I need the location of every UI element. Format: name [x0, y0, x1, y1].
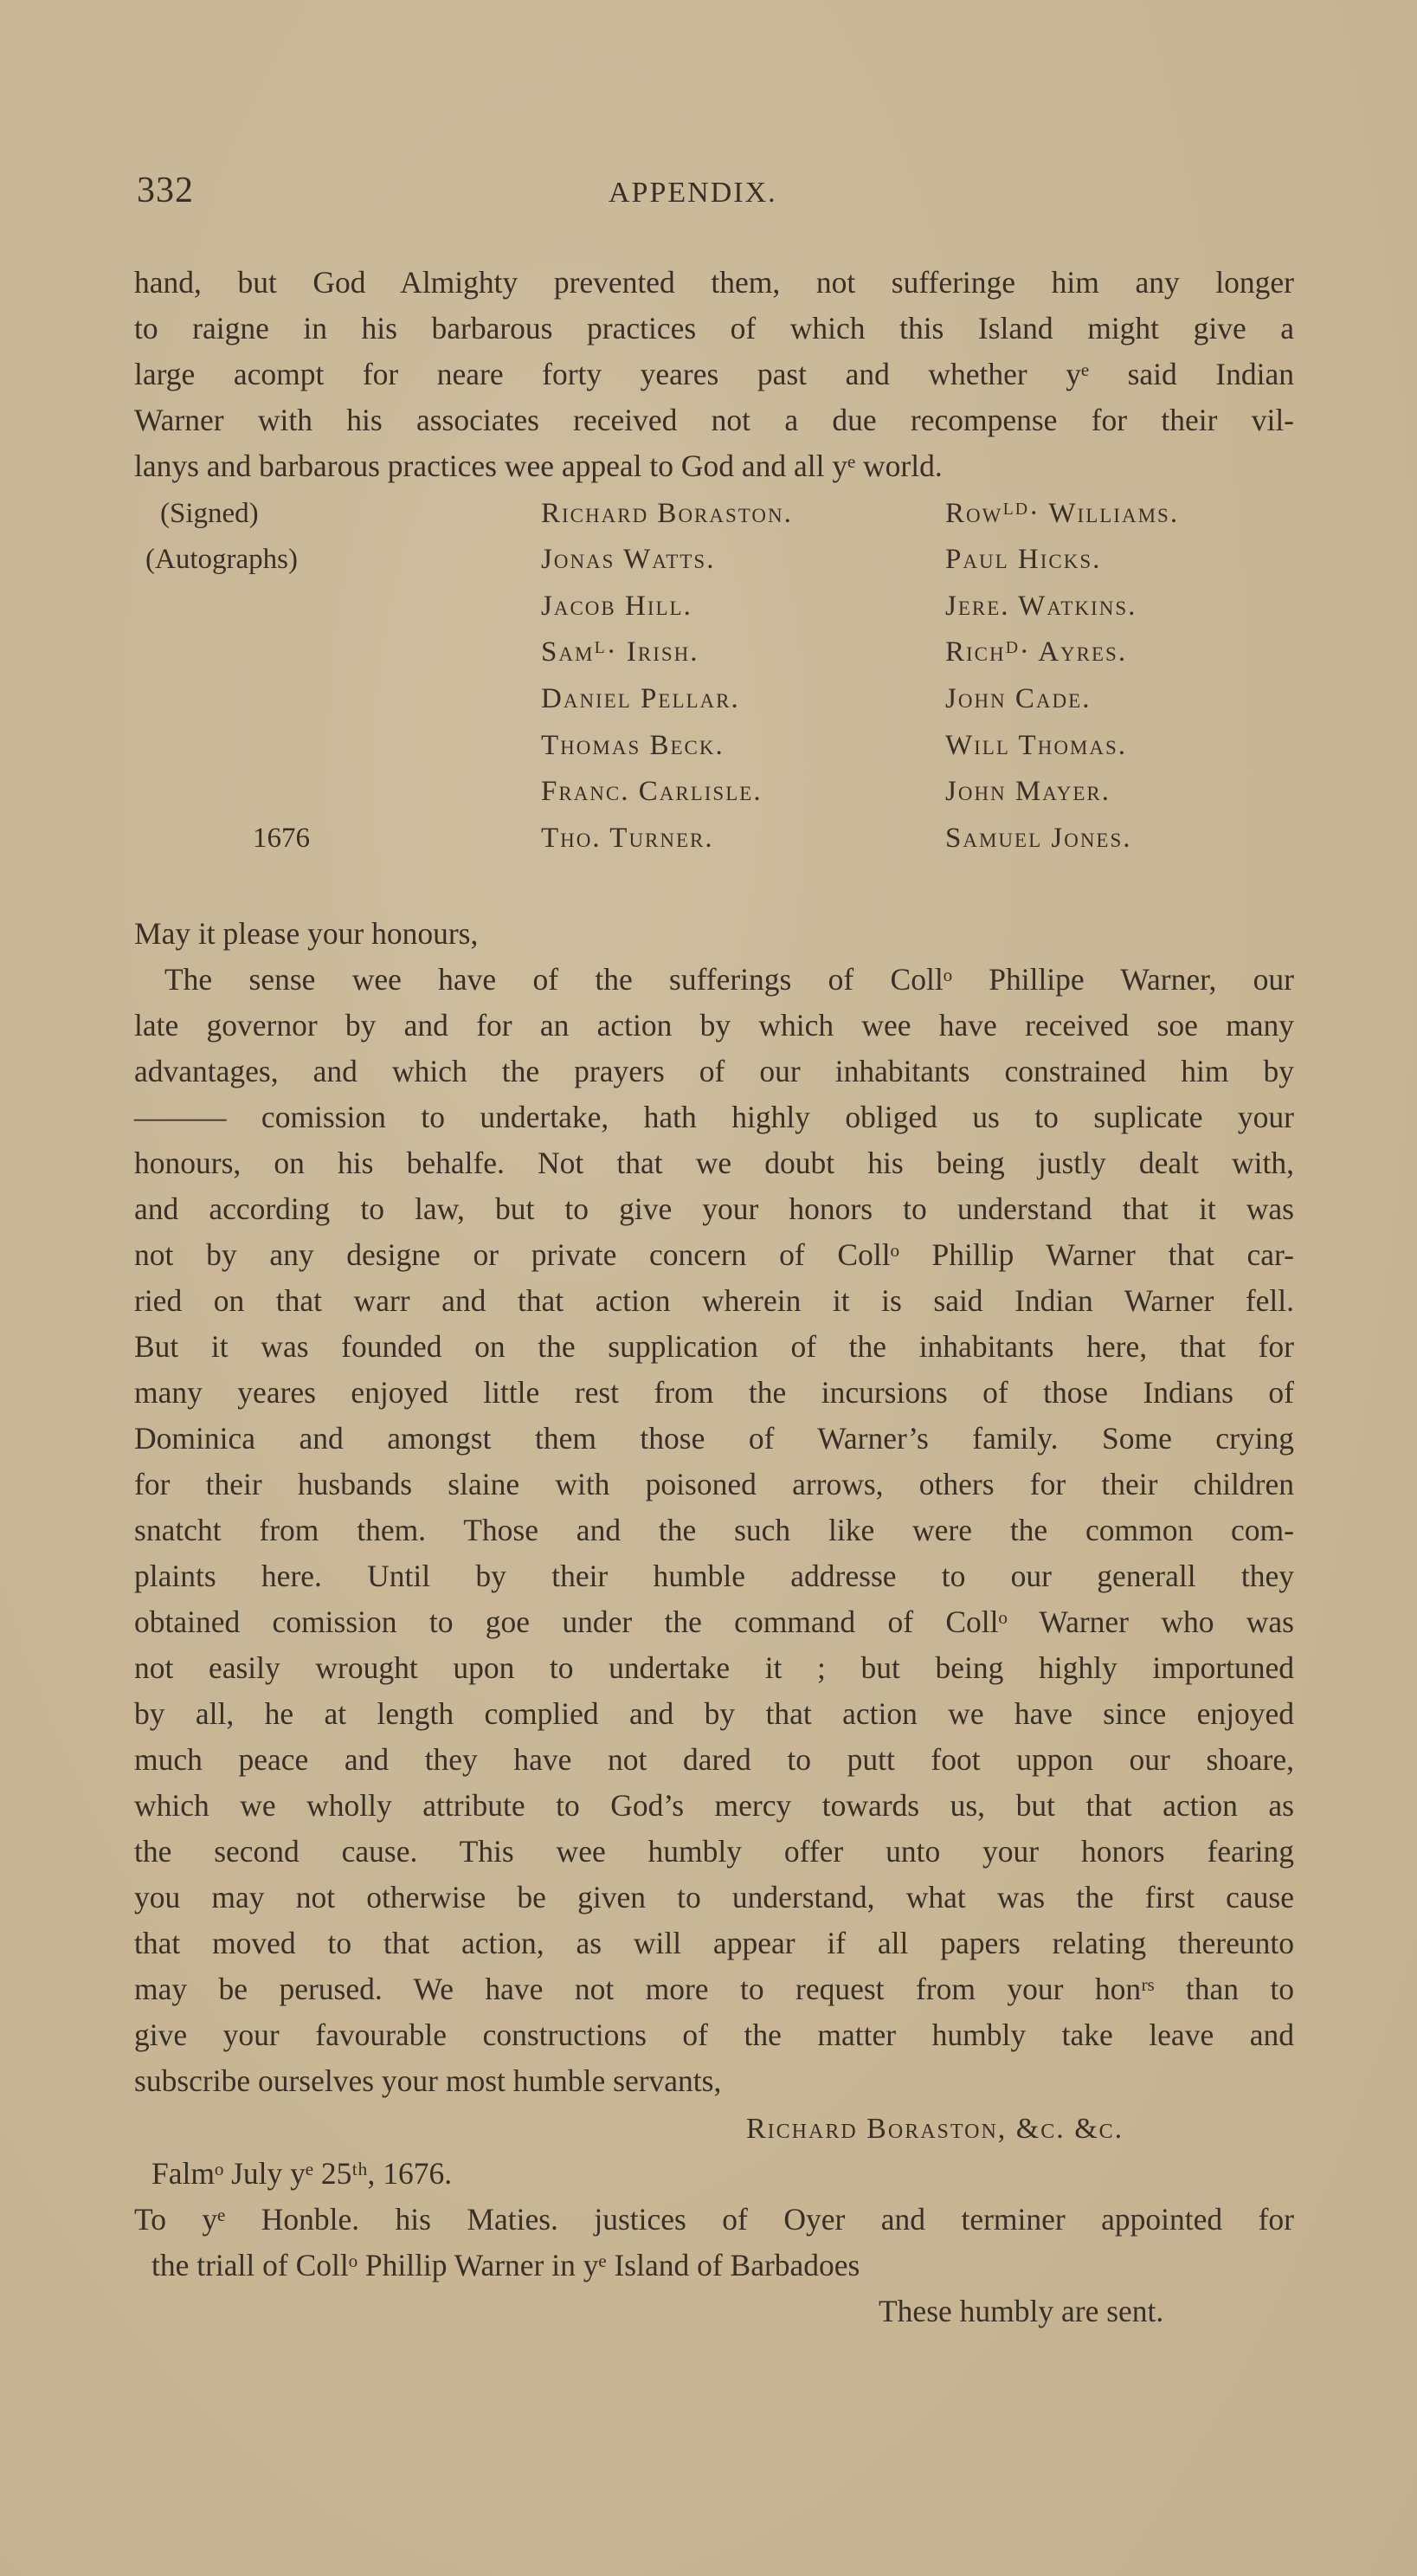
running-head: APPENDIX.: [609, 177, 777, 210]
signoff-text: Richard Boraston, &c. &c.: [746, 2113, 1124, 2145]
signatory-name: Samuel Jones.: [945, 823, 1132, 854]
text-line: subscribe ourselves your most humble ser…: [134, 2058, 1294, 2104]
signatory-name: Jonas Watts.: [541, 544, 715, 575]
text-line: that moved to that action, as will appea…: [134, 1921, 1294, 1966]
text-line: which we wholly attribute to God’s mercy…: [134, 1783, 1294, 1829]
text-line: you may not otherwise be given to unders…: [134, 1875, 1294, 1921]
text-line: The sense wee have of the sufferings of …: [134, 957, 1294, 1003]
letter-closing: These humbly are sent.: [879, 2289, 1163, 2334]
text-line: late governor by and for an action by wh…: [134, 1003, 1294, 1049]
text-line: give your favourable constructions of th…: [134, 2012, 1294, 2058]
address-line: To yᵉ Honble. his Maties. justices of Oy…: [134, 2197, 1294, 2243]
text-line: much peace and they have not dared to pu…: [134, 1737, 1294, 1783]
text-line: ——— comission to undertake, hath highly …: [134, 1094, 1294, 1140]
signature-year: 1676: [253, 816, 310, 862]
text-line: snatcht from them. Those and the such li…: [134, 1508, 1294, 1553]
text-line: not by any designe or private concern of…: [134, 1232, 1294, 1278]
signed-label: (Signed): [160, 491, 259, 538]
text-line: But it was founded on the supplication o…: [134, 1324, 1294, 1370]
signatory-name: Tho. Turner.: [541, 823, 714, 854]
signatory-name: Richard Boraston.: [541, 498, 793, 529]
letter-salutation: May it please your honours,: [134, 911, 1294, 957]
signatory-name: Richᴰ· Ayres.: [945, 636, 1127, 668]
signatory-name: Rowᴸᴰ· Williams.: [945, 498, 1179, 529]
text-line: advantages, and which the prayers of our…: [134, 1049, 1294, 1094]
text-line: to raigne in his barbarous practices of …: [134, 306, 1294, 352]
page-number: 332: [137, 170, 194, 211]
text-line: Dominica and amongst them those of Warne…: [134, 1416, 1294, 1462]
text-line: lanys and barbarous practices wee appeal…: [134, 443, 1294, 489]
signatory-name: Thomas Beck.: [541, 730, 725, 761]
letter-dateline: Falmᵒ July yᵉ 25ᵗʰ, 1676.: [151, 2151, 452, 2197]
signatory-name: Franc. Carlisle.: [541, 776, 763, 807]
text-line: may be perused. We have not more to requ…: [134, 1966, 1294, 2012]
signatory-name: John Mayer.: [945, 776, 1111, 807]
text-line: many yeares enjoyed little rest from the…: [134, 1370, 1294, 1416]
signatory-name: Daniel Pellar.: [541, 683, 740, 714]
text-line: ried on that warr and that action wherei…: [134, 1278, 1294, 1324]
autographs-label: (Autographs): [145, 537, 298, 584]
address-line: the triall of Collᵒ Phillip Warner in yᵉ…: [151, 2243, 860, 2289]
text-line: and according to law, but to give your h…: [134, 1186, 1294, 1232]
text-line: hand, but God Almighty prevented them, n…: [134, 260, 1294, 306]
text-line: the second cause. This wee humbly offer …: [134, 1829, 1294, 1875]
text-line: for their husbands slaine with poisoned …: [134, 1462, 1294, 1508]
signatory-name: Jere. Watkins.: [945, 591, 1137, 622]
text-line: honours, on his behalfe. Not that we dou…: [134, 1140, 1294, 1186]
signatory-name: Will Thomas.: [945, 730, 1127, 761]
text-line: by all, he at length complied and by tha…: [134, 1691, 1294, 1737]
text-line: obtained comission to goe under the comm…: [134, 1599, 1294, 1645]
text-line: large acompt for neare forty yeares past…: [134, 352, 1294, 397]
signatory-name: Paul Hicks.: [945, 544, 1101, 575]
text-line: plaints here. Until by their humble addr…: [134, 1553, 1294, 1599]
signatory-name: Jacob Hill.: [541, 591, 692, 622]
text-line: not easily wrought upon to undertake it …: [134, 1645, 1294, 1691]
page-header: 332 APPENDIX.: [134, 170, 1298, 222]
signatory-name: Samᴸ· Irish.: [541, 636, 699, 668]
letter-signoff: Richard Boraston, &c. &c.: [746, 2106, 1124, 2153]
signatory-name: John Cade.: [945, 683, 1091, 714]
text-line: Warner with his associates received not …: [134, 397, 1294, 443]
